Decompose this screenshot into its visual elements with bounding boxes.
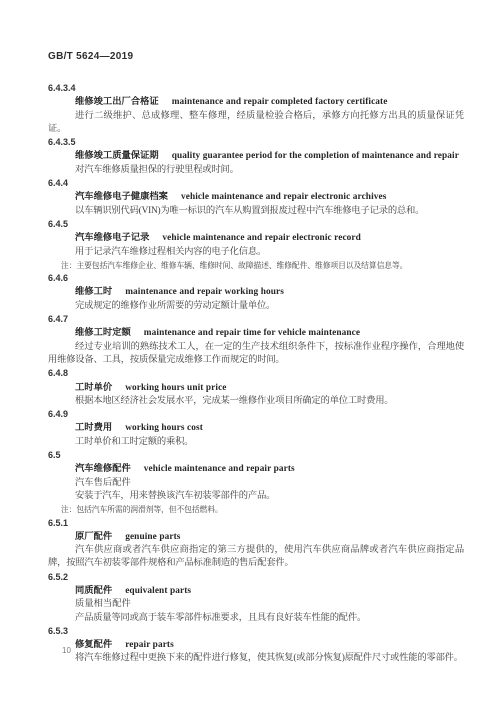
term-english: working hours cost	[125, 423, 203, 433]
term-english: vehicle maintenance and repair parts	[144, 464, 295, 474]
clause-number: 6.4.5	[48, 218, 464, 231]
term-english: working hours unit price	[125, 383, 226, 393]
term-chinese: 维修竣工质量保证期	[75, 150, 159, 160]
term-chinese: 工时费用	[75, 422, 112, 432]
term-english: repair parts	[125, 640, 174, 650]
term-chinese: 维修工时定额	[75, 327, 131, 337]
term-section: 6.4.8工时单价working hours unit price根据本地区经济…	[48, 367, 464, 408]
note-line: 注：包括汽车所需的润滑剂等，但不包括燃料。	[61, 503, 464, 516]
clause-number: 6.4.9	[48, 408, 464, 421]
term-chinese: 汽车维修电子健康档案	[75, 191, 168, 201]
term-english: maintenance and repair working hours	[125, 287, 284, 297]
term-chinese: 维修工时	[75, 286, 112, 296]
term-section: 6.5汽车维修配件vehicle maintenance and repair …	[48, 449, 464, 516]
term-section: 6.4.6维修工时maintenance and repair working …	[48, 272, 464, 313]
term-section: 6.4.3.5维修竣工质量保证期quality guarantee period…	[48, 136, 464, 177]
definition-paragraph: 安装于汽车，用来替换该汽车初装零部件的产品。	[48, 490, 464, 503]
definition-paragraph: 汽车供应商或者汽车供应商指定的第三方提供的，使用汽车供应商品牌或者汽车供应商指定…	[48, 544, 464, 571]
document-page: GB/T 5624—2019 6.4.3.4维修竣工出厂合格证maintenan…	[0, 0, 500, 707]
standard-number-header: GB/T 5624—2019	[48, 50, 464, 63]
term-line: 维修竣工出厂合格证maintenance and repair complete…	[75, 95, 464, 109]
term-chinese: 原厂配件	[75, 531, 112, 541]
term-section: 6.4.3.4维修竣工出厂合格证maintenance and repair c…	[48, 82, 464, 136]
term-english: quality guarantee period for the complet…	[172, 151, 459, 161]
term-chinese: 修复配件	[75, 639, 112, 649]
term-line: 原厂配件genuine parts	[75, 530, 464, 544]
term-section: 6.4.5汽车维修电子记录vehicle maintenance and rep…	[48, 218, 464, 272]
term-english: vehicle maintenance and repair electroni…	[162, 233, 361, 243]
definition-paragraph: 根据本地区经济社会发展水平，完成某一维修作业项目所确定的单位工时费用。	[48, 395, 464, 408]
term-line: 维修工时maintenance and repair working hours	[75, 285, 464, 299]
term-english: vehicle maintenance and repair electroni…	[181, 192, 386, 202]
definition-paragraph: 工时单价和工时定额的乘积。	[48, 436, 464, 449]
term-section: 6.5.3修复配件repair parts将汽车维修过程中更换下来的配件进行修复…	[48, 625, 464, 666]
term-synonym: 汽车售后配件	[75, 477, 464, 490]
clause-number: 6.4.4	[48, 177, 464, 190]
clause-number: 6.4.7	[48, 313, 464, 326]
term-english: equivalent parts	[125, 586, 191, 596]
term-line: 汽车维修电子记录vehicle maintenance and repair e…	[75, 231, 464, 245]
definition-paragraph: 产品质量等同或高于装车零部件标准要求，且具有良好装车性能的配件。	[48, 612, 464, 625]
clause-number: 6.5.3	[48, 625, 464, 638]
definition-paragraph: 将汽车维修过程中更换下来的配件进行修复，使其恢复(或部分恢复)原配件尺寸或性能的…	[48, 652, 464, 665]
definition-paragraph: 以车辆识别代码(VIN)为唯一标识的汽车从购置到报废过程中汽车维修电子记录的总和…	[48, 205, 464, 218]
clause-number: 6.4.8	[48, 367, 464, 380]
definition-paragraph: 用于记录汽车维修过程相关内容的电子化信息。	[48, 246, 464, 259]
term-section: 6.5.2同质配件equivalent parts质量相当配件产品质量等同或高于…	[48, 571, 464, 625]
term-line: 汽车维修配件vehicle maintenance and repair par…	[75, 462, 464, 476]
term-section: 6.4.7维修工时定额maintenance and repair time f…	[48, 313, 464, 367]
definition-paragraph: 完成规定的维修作业所需要的劳动定额计量单位。	[48, 300, 464, 313]
term-chinese: 同质配件	[75, 585, 112, 595]
term-line: 维修工时定额maintenance and repair time for ve…	[75, 326, 464, 340]
clause-number: 6.5.2	[48, 571, 464, 584]
clause-number: 6.4.3.5	[48, 136, 464, 149]
term-line: 工时单价working hours unit price	[75, 381, 464, 395]
note-line: 注：主要包括汽车维修企业、维修车辆、维修时间、故障描述、维修配件、维修项目以及结…	[61, 259, 464, 272]
term-english: maintenance and repair time for vehicle …	[144, 328, 360, 338]
term-section: 6.4.4汽车维修电子健康档案vehicle maintenance and r…	[48, 177, 464, 218]
definition-paragraph: 对汽车维修质量担保的行驶里程或时间。	[48, 164, 464, 177]
term-line: 修复配件repair parts	[75, 638, 464, 652]
term-section: 6.5.1原厂配件genuine parts汽车供应商或者汽车供应商指定的第三方…	[48, 517, 464, 571]
definition-paragraph: 经过专业培训的熟练技术工人，在一定的生产技术组织条件下，按标准作业程序操作，合理…	[48, 341, 464, 368]
term-english: maintenance and repair completed factory…	[172, 97, 388, 107]
term-chinese: 维修竣工出厂合格证	[75, 96, 159, 106]
clause-number: 6.4.6	[48, 272, 464, 285]
term-chinese: 工时单价	[75, 382, 112, 392]
term-line: 同质配件equivalent parts	[75, 584, 464, 598]
page-number: 10	[62, 646, 71, 655]
clause-number: 6.5	[48, 449, 464, 462]
definition-paragraph: 进行二级维护、总成修理、整车修理，经质量检验合格后，承修方向托修方出具的质量保证…	[48, 110, 464, 137]
term-english: genuine parts	[125, 532, 180, 542]
term-line: 工时费用working hours cost	[75, 421, 464, 435]
term-line: 维修竣工质量保证期quality guarantee period for th…	[75, 149, 464, 163]
term-synonym: 质量相当配件	[75, 598, 464, 611]
term-chinese: 汽车维修配件	[75, 463, 131, 473]
term-line: 汽车维修电子健康档案vehicle maintenance and repair…	[75, 190, 464, 204]
terms-and-definitions-body: 6.4.3.4维修竣工出厂合格证maintenance and repair c…	[48, 82, 464, 666]
term-section: 6.4.9工时费用working hours cost工时单价和工时定额的乘积。	[48, 408, 464, 449]
term-chinese: 汽车维修电子记录	[75, 232, 149, 242]
clause-number: 6.4.3.4	[48, 82, 464, 95]
clause-number: 6.5.1	[48, 517, 464, 530]
